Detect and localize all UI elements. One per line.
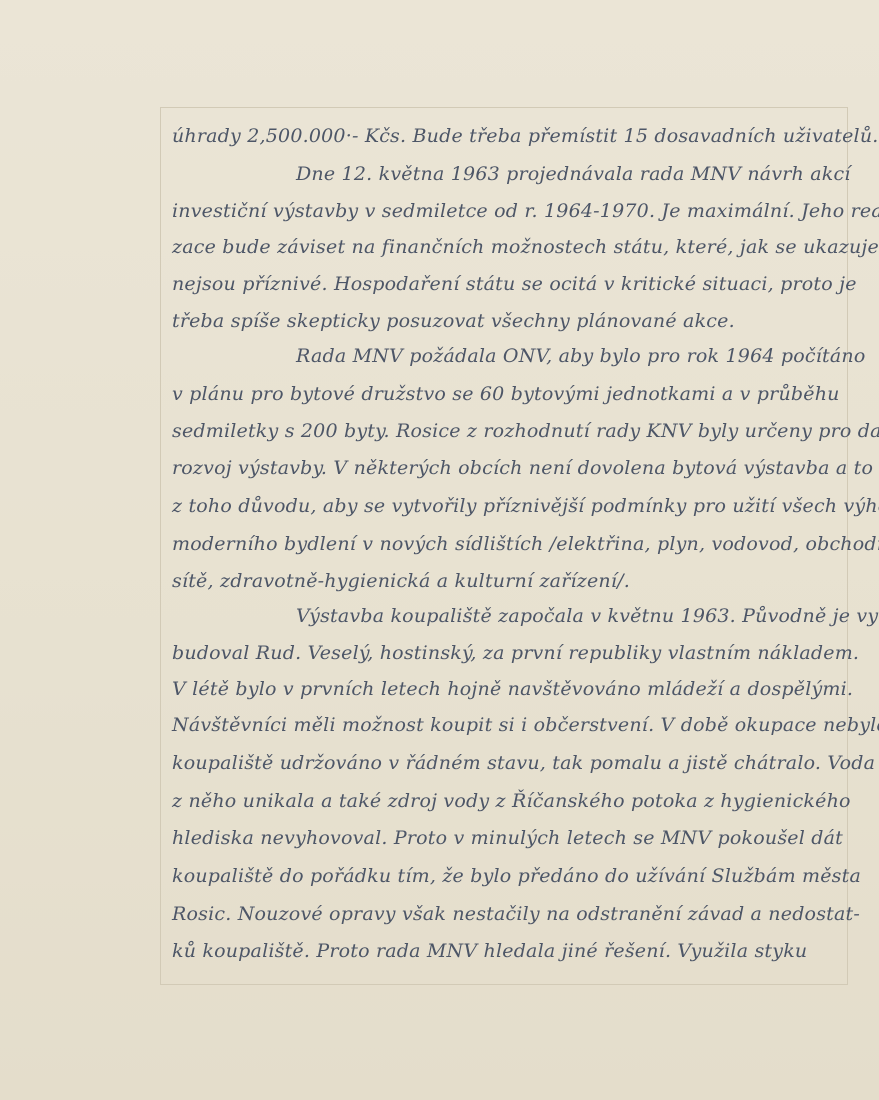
paragraph-start: Dne 12. května 1963 projednávala rada MN… — [296, 163, 851, 185]
text-line: sítě, zdravotně-hygienická a kulturní za… — [172, 570, 630, 592]
text-line: koupaliště do pořádku tím, že bylo předá… — [172, 865, 861, 887]
text-line: Návštěvníci měli možnost koupit si i obč… — [172, 714, 879, 736]
text-line: ků koupaliště. Proto rada MNV hledala ji… — [172, 940, 807, 962]
text-line: v plánu pro bytové družstvo se 60 bytový… — [172, 383, 840, 405]
text-line: moderního bydlení v nových sídlištích /e… — [172, 533, 879, 555]
text-line: sedmiletky s 200 byty. Rosice z rozhodnu… — [172, 420, 879, 442]
paragraph-start: Výstavba koupaliště započala v květnu 19… — [296, 605, 879, 627]
text-line: hlediska nevyhovoval. Proto v minulých l… — [172, 827, 843, 849]
text-line: nejsou příznivé. Hospodaření státu se oc… — [172, 273, 857, 295]
text-line: budoval Rud. Veselý, hostinský, za první… — [172, 642, 859, 664]
text-line: rozvoj výstavby. V některých obcích není… — [172, 457, 873, 479]
text-line: Rosic. Nouzové opravy však nestačily na … — [172, 903, 860, 925]
text-line: třeba spíše skepticky posuzovat všechny … — [172, 310, 735, 332]
text-line: investiční výstavby v sedmiletce od r. 1… — [172, 200, 879, 222]
text-line: V létě bylo v prvních letech hojně navšt… — [172, 678, 853, 700]
paragraph-start: Rada MNV požádala ONV, aby bylo pro rok … — [296, 345, 865, 367]
text-line: z toho důvodu, aby se vytvořily příznivě… — [172, 495, 879, 517]
text-line: zace bude záviset na finančních možnoste… — [172, 236, 879, 258]
text-line: úhrady 2,500.000·- Kčs. Bude třeba přemí… — [172, 125, 879, 147]
text-line: z něho unikala a také zdroj vody z Říčan… — [172, 790, 851, 812]
text-line: koupaliště udržováno v řádném stavu, tak… — [172, 752, 875, 774]
